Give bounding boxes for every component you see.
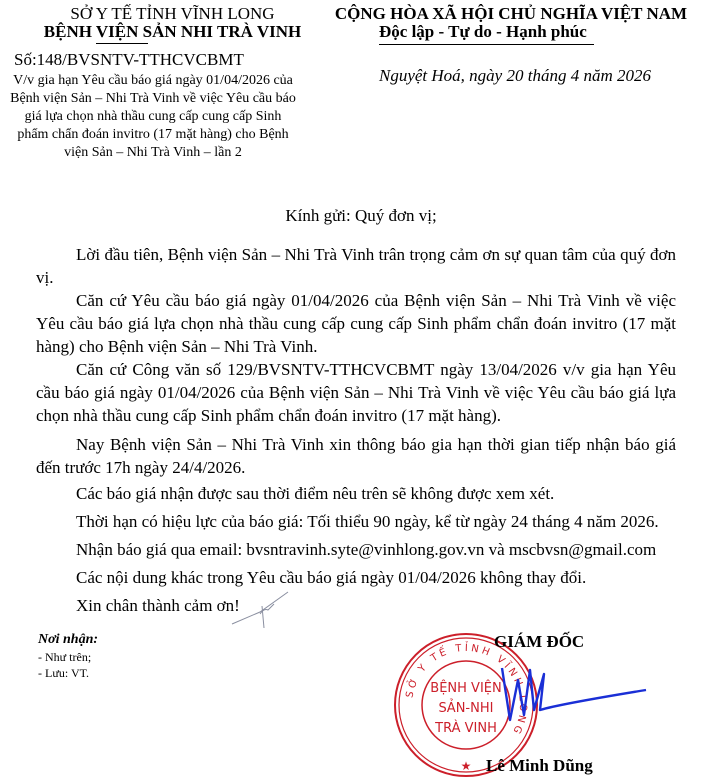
star-icon: ★ [461, 759, 472, 773]
recipient-item: - Như trên; [38, 650, 91, 664]
document-number: Số:148/BVSNTV-TTHCVCBMT [14, 50, 244, 70]
hospital-underline [96, 43, 148, 44]
place-date: Nguyệt Hoá, ngày 20 tháng 4 năm 2026 [379, 66, 651, 86]
initials-mark [230, 588, 290, 628]
signer-title: GIÁM ĐỐC [494, 632, 584, 652]
salutation: Kính gửi: Quý đơn vị; [0, 206, 722, 226]
recipient-item: - Lưu: VT. [38, 666, 89, 680]
stamp-line: BỆNH VIỆN [430, 680, 501, 696]
ministry-name: SỞ Y TẾ TỈNH VĨNH LONG [0, 4, 345, 24]
national-motto: Độc lập - Tự do - Hạnh phúc [379, 22, 587, 42]
republic-title: CỘNG HÒA XÃ HỘI CHỦ NGHĨA VIỆT NAM [300, 4, 722, 24]
signer-name: Lê Minh Dũng [486, 756, 593, 776]
hospital-name: BỆNH VIỆN SẢN NHI TRÀ VINH [0, 22, 345, 42]
signature [500, 660, 650, 740]
closing-line: Xin chân thành cảm ơn! [76, 596, 240, 616]
notice-line: Thời hạn có hiệu lực của báo giá: Tối th… [76, 512, 659, 532]
stamp-line: TRÀ VINH [434, 720, 497, 736]
paragraph: Căn cứ Yêu cầu báo giá ngày 01/04/2026 c… [36, 289, 676, 358]
paragraph: Căn cứ Công văn số 129/BVSNTV-TTHCVCBMT … [36, 358, 676, 427]
email-line: Nhận báo giá qua email: bvsntravinh.syte… [76, 540, 656, 560]
stamp-line: SẢN-NHI [439, 699, 494, 716]
paragraph: Lời đầu tiên, Bệnh viện Sản – Nhi Trà Vi… [36, 243, 676, 289]
motto-underline [379, 44, 594, 45]
notice-line: Các nội dung khác trong Yêu cầu báo giá … [76, 568, 586, 588]
notice-line: Các báo giá nhận được sau thời điểm nêu … [76, 484, 554, 504]
recipients-title: Nơi nhận: [38, 632, 98, 648]
paragraph: Nay Bệnh viện Sản – Nhi Trà Vinh xin thô… [36, 433, 676, 479]
document-subject: V/v gia hạn Yêu cầu báo giá ngày 01/04/2… [8, 72, 298, 162]
